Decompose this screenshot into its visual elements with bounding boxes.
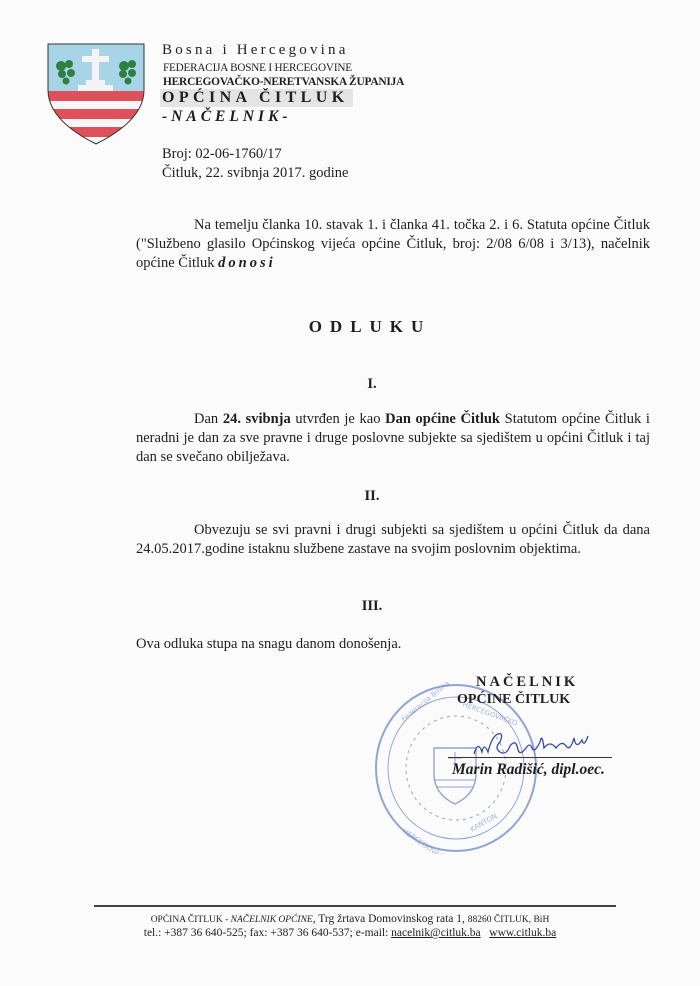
section-number-1: I. bbox=[0, 376, 700, 393]
place-date: Čitluk, 22. svibnja 2017. godine bbox=[162, 165, 348, 182]
header-federation: FEDERACIJA BOSNE I HERCEGOVINE bbox=[163, 62, 352, 74]
footer-address-line: OPĆINA ČITLUK - NAČELNIK OPĆINE, Trg žrt… bbox=[0, 913, 700, 925]
section-text-1: Dan 24. svibnja utvrđen je kao Dan općin… bbox=[136, 410, 650, 467]
footer-org: OPĆINA ČITLUK bbox=[151, 915, 223, 925]
section-number-2: II. bbox=[0, 488, 700, 505]
coat-of-arms-icon bbox=[44, 40, 148, 146]
header-country: Bosna i Hercegovina bbox=[162, 42, 349, 59]
section-1-part: Dan bbox=[194, 411, 223, 427]
footer-phone: tel.: +387 36 640-525; fax: +387 36 640-… bbox=[144, 927, 391, 939]
section-text-3: Ova odluka stupa na snagu danom donošenj… bbox=[136, 635, 650, 654]
document-title: ODLUKU bbox=[0, 317, 700, 337]
section-3-text: Ova odluka stupa na snagu danom donošenj… bbox=[136, 636, 401, 652]
svg-text:KANTON: KANTON bbox=[469, 812, 499, 834]
header-office: -NAČELNIK- bbox=[162, 108, 292, 126]
signatory-name: Marin Radišić, dipl.oec. bbox=[452, 761, 605, 779]
footer-divider bbox=[94, 905, 616, 907]
signature-title: NAČELNIK bbox=[476, 674, 578, 691]
section-1-date: 24. svibnja bbox=[223, 411, 291, 427]
section-2-text: Obvezuju se svi pravni i drugi subjekti … bbox=[136, 522, 650, 557]
signature-subtitle: OPĆINE ČITLUK bbox=[457, 692, 570, 708]
footer-office: NAČELNIK OPĆINE bbox=[231, 915, 313, 925]
footer-website-link[interactable]: www.citluk.ba bbox=[489, 927, 556, 939]
intro-paragraph: Na temelju članka 10. stavak 1. i članka… bbox=[136, 216, 650, 273]
section-text-2: Obvezuju se svi pravni i drugi subjekti … bbox=[136, 521, 650, 559]
reference-number: Broj: 02-06-1760/17 bbox=[162, 146, 282, 163]
header-municipality: OPĆINA ČITLUK bbox=[160, 89, 353, 107]
footer-email-link[interactable]: nacelnik@citluk.ba bbox=[391, 927, 480, 939]
section-1-holiday: Dan općine Čitluk bbox=[385, 411, 500, 427]
signature-line bbox=[448, 757, 612, 758]
footer-contact-line: tel.: +387 36 640-525; fax: +387 36 640-… bbox=[0, 927, 700, 939]
intro-verb: donosi bbox=[218, 255, 276, 271]
section-number-3: III. bbox=[0, 598, 700, 615]
intro-text: Na temelju članka 10. stavak 1. i članka… bbox=[136, 217, 650, 271]
section-1-part: utvrđen je kao bbox=[291, 411, 385, 427]
header-county: HERCEGOVAČKO-NERETVANSKA ŽUPANIJA bbox=[163, 76, 404, 88]
footer-address: , Trg žrtava Domovinskog rata 1, bbox=[313, 913, 468, 925]
footer-postal: 88260 ČITLUK, BiH bbox=[468, 915, 550, 925]
